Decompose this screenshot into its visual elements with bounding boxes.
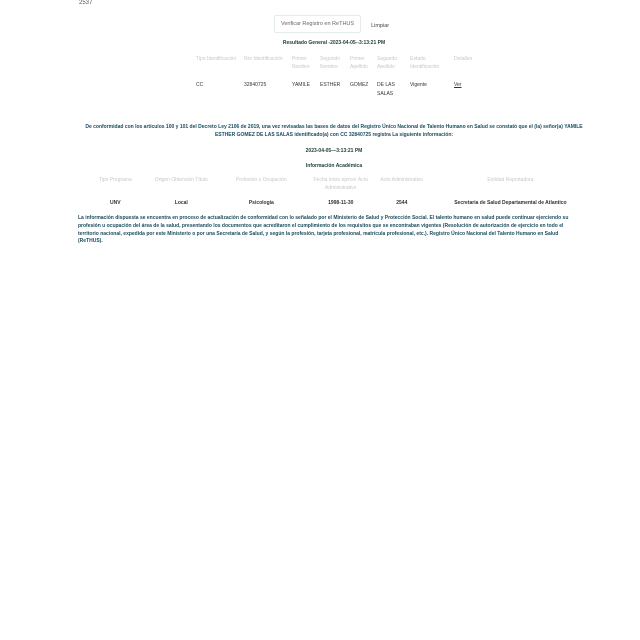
header-estado-identificacion: Estado Identificación bbox=[410, 55, 454, 81]
verification-notice: De conformidad con los artículos 100 y 1… bbox=[80, 123, 588, 139]
academic-table-header: Tipo Programa Origen Obtención Título Pr… bbox=[80, 177, 588, 200]
cell-detalles: Ver bbox=[454, 81, 480, 98]
cell-estado: Vigente bbox=[410, 81, 454, 98]
header-fecha-inicio: Fecha inicio ejercer Acto Administrativo bbox=[311, 177, 371, 200]
cell-fecha: 1998-11-30 bbox=[311, 200, 371, 208]
cell-entidad: Secretaria de Salud Departamental de Atl… bbox=[433, 200, 588, 208]
header-acto-administrativo: Acto Administrativo bbox=[371, 177, 433, 200]
header-primer-nombre: Primer Nombre bbox=[292, 55, 320, 81]
cell-segundo-apellido: DE LAS SALAS bbox=[377, 81, 410, 98]
cell-acto: 2544 bbox=[371, 200, 433, 208]
cell-primer-apellido: GOMEZ bbox=[350, 81, 377, 98]
cell-origen: Local bbox=[151, 200, 212, 208]
cell-tipo: CC bbox=[196, 81, 244, 98]
cell-tipo-programa: UNV bbox=[80, 200, 151, 208]
result-title: Resultado General -2023-04-05--3:13:21 P… bbox=[0, 40, 640, 46]
academic-section-title: Información Académica bbox=[0, 163, 640, 169]
header-tipo-programa: Tipo Programa bbox=[80, 177, 151, 200]
table-row: UNV Local Psicologia 1998-11-30 2544 Sec… bbox=[80, 200, 588, 208]
action-bar: Verificar Registro en ReTHUS Limpiar bbox=[274, 15, 389, 33]
header-nro-identificacion: Nro Identificación bbox=[244, 55, 292, 81]
academic-timestamp: 2023-04-05—3:13:21 PM bbox=[0, 148, 640, 154]
result-table-header: Tipo Identificación Nro Identificación P… bbox=[196, 55, 480, 81]
cell-segundo-nombre: ESTHER bbox=[320, 81, 350, 98]
header-detalles: Detalles bbox=[454, 55, 480, 81]
header-tipo-identificacion: Tipo Identificación bbox=[196, 55, 244, 81]
cell-primer-nombre: YAMILE bbox=[292, 81, 320, 98]
page-number: 2537 bbox=[79, 0, 92, 6]
header-entidad-reportadora: Entidad Reportadora bbox=[433, 177, 588, 200]
header-primer-apellido: Primer Apellido bbox=[350, 55, 377, 81]
header-origen-titulo: Origen Obtención Título bbox=[151, 177, 212, 200]
verify-rethus-button[interactable]: Verificar Registro en ReTHUS bbox=[274, 15, 361, 33]
header-profesion: Profesión u Ocupación bbox=[212, 177, 311, 200]
result-table: Tipo Identificación Nro Identificación P… bbox=[196, 55, 480, 98]
header-segundo-apellido: Segundo Apellido bbox=[377, 55, 410, 81]
clear-button[interactable]: Limpiar bbox=[371, 23, 389, 29]
ver-details-link[interactable]: Ver bbox=[454, 82, 462, 88]
cell-profesion: Psicologia bbox=[212, 200, 311, 208]
disclaimer-text: La información dispuesta se encuentra en… bbox=[78, 215, 578, 246]
table-row: CC 32840725 YAMILE ESTHER GOMEZ DE LAS S… bbox=[196, 81, 480, 98]
cell-numero: 32840725 bbox=[244, 81, 292, 98]
header-segundo-nombre: Segundo Nombre bbox=[320, 55, 350, 81]
academic-table: Tipo Programa Origen Obtención Título Pr… bbox=[80, 177, 588, 208]
